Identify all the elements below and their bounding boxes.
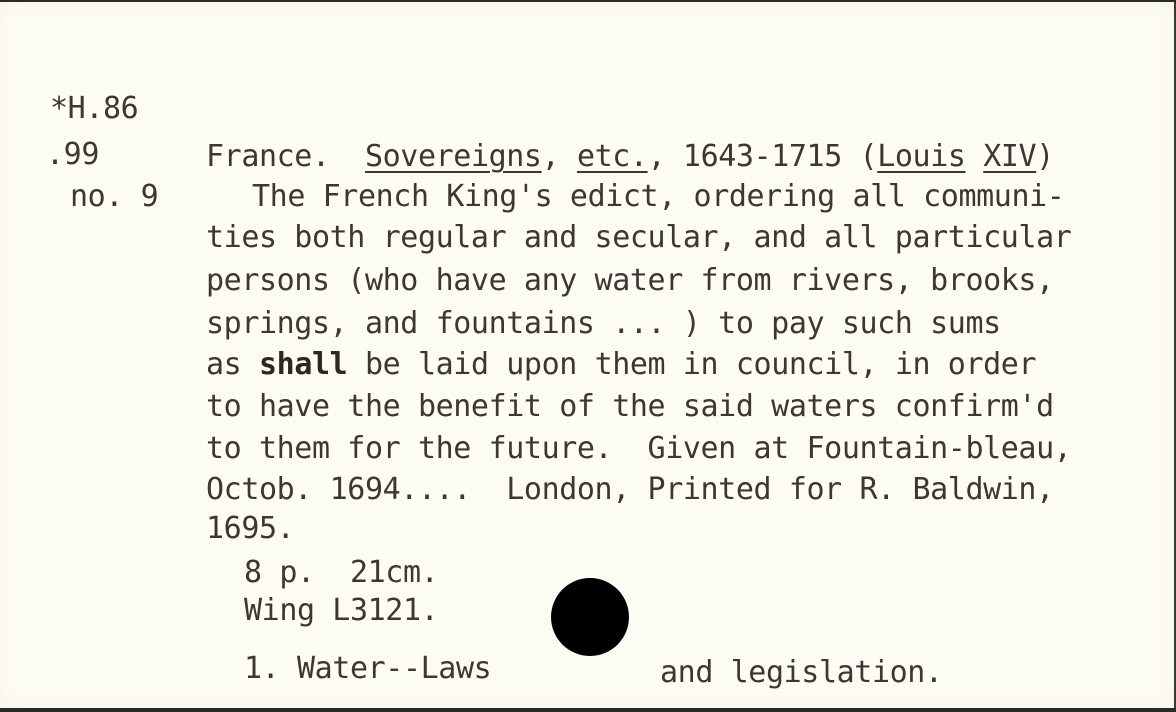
call-number-line-3: no. 9 [70, 182, 158, 212]
call-number-line-2: .99 [46, 140, 99, 170]
collation: 8 p. 21cm. [244, 558, 438, 588]
heading-corporate-name: France. [206, 139, 330, 174]
heading-subheading: Sovereigns [365, 139, 542, 174]
heading-close-paren: ) [1036, 139, 1054, 174]
title-line-9: 1695. [206, 514, 294, 544]
title-line-4: springs, and fountains ... ) to pay such… [206, 309, 1001, 339]
heading-ruler-name: Louis [877, 139, 965, 174]
reference: Wing L3121. [244, 596, 438, 626]
title-line-1: The French King's edict, ordering all co… [252, 182, 1064, 212]
title-line-5-rest: be laid upon them in council, in order [347, 347, 1036, 382]
title-line-3: persons (who have any water from rivers,… [206, 266, 1054, 296]
title-line-2: ties both regular and secular, and all p… [206, 223, 1071, 253]
heading: France. Sovereigns, etc., 1643-1715 (Lou… [206, 142, 1054, 172]
title-line-5-bold-word: shall [259, 347, 347, 382]
call-number-line-1: *H.86 [50, 94, 138, 124]
title-line-6: to have the benefit of the said waters c… [206, 392, 1054, 422]
title-line-5: as shall be laid upon them in council, i… [206, 350, 1036, 380]
heading-space [966, 139, 984, 174]
subject-tracing-continuation: and legislation. [660, 658, 943, 688]
heading-dates: , 1643-1715 ( [648, 139, 878, 174]
heading-ruler-numeral: XIV [983, 139, 1036, 174]
punch-hole [551, 578, 629, 656]
catalog-card: *H.86 .99 no. 9 France. Sovereigns, etc.… [0, 2, 1176, 708]
title-line-7: to them for the future. Given at Fountai… [206, 434, 1071, 464]
title-line-5-prefix: as [206, 347, 259, 382]
heading-comma: , [542, 139, 560, 174]
subject-tracing: 1. Water--Laws [244, 654, 491, 684]
title-line-8: Octob. 1694.... London, Printed for R. B… [206, 475, 1054, 505]
heading-etc: etc. [577, 139, 648, 174]
